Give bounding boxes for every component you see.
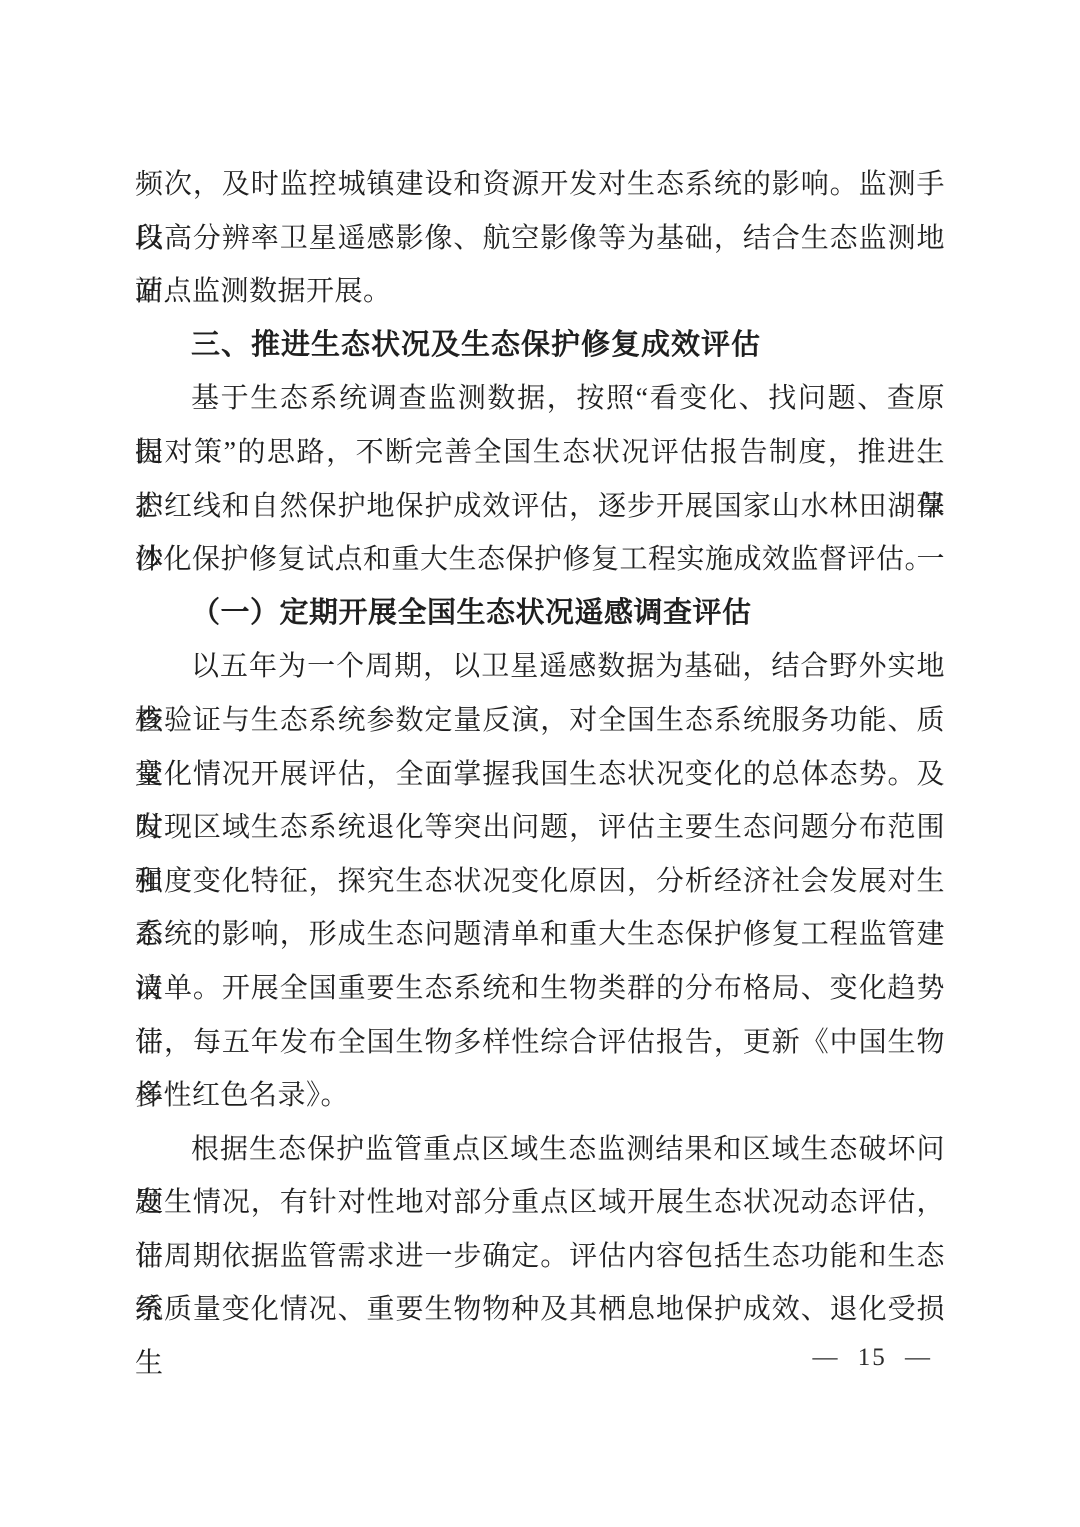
text-line: 体化保护修复试点和重大生态保护修复工程实施成效监督评估。: [135, 533, 945, 587]
text-line: （一）定期开展全国生态状况遥感调查评估: [135, 587, 945, 641]
text-line: 估周期依据监管需求进一步确定。评估内容包括生态功能和生态系: [135, 1230, 945, 1284]
page-number: — 15 —: [813, 1338, 933, 1378]
section-heading: 三、推进生态状况及生态保护修复成效评估: [135, 319, 945, 373]
text-line: 频次，及时监控城镇建设和资源开发对生态系统的影响。监测手段: [135, 158, 945, 212]
document-page: 频次，及时监控城镇建设和资源开发对生态系统的影响。监测手段以高分辨率卫星遥感影像…: [0, 0, 1080, 1527]
text-line: 以五年为一个周期，以卫星遥感数据为基础，结合野外实地核: [135, 640, 945, 694]
text-line: 统质量变化情况、重要生物物种及其栖息地保护成效、退化受损生: [135, 1283, 945, 1337]
paragraph: 以五年为一个周期，以卫星遥感数据为基础，结合野外实地核查验证与生态系统参数定量反…: [135, 640, 945, 1122]
text-line: 清单。开展全国重要生态系统和生物类群的分布格局、变化趋势评: [135, 962, 945, 1016]
text-line: 发生情况，有针对性地对部分重点区域开展生态状况动态评估，评: [135, 1176, 945, 1230]
text-line: 基于生态系统调查监测数据，按照“看变化、找问题、查原因、: [135, 372, 945, 426]
text-line: 护红线和自然保护地保护成效评估，逐步开展国家山水林田湖草沙一: [135, 480, 945, 534]
text-line: 提对策”的思路，不断完善全国生态状况评估报告制度，推进生态保: [135, 426, 945, 480]
text-line: 以高分辨率卫星遥感影像、航空影像等为基础，结合生态监测地面: [135, 212, 945, 266]
text-line: 强度变化特征，探究生态状况变化原因，分析经济社会发展对生态: [135, 855, 945, 909]
text-line: 变化情况开展评估，全面掌握我国生态状况变化的总体态势。及时: [135, 748, 945, 802]
text-line: 样性红色名录》。: [135, 1069, 945, 1123]
text-line: 三、推进生态状况及生态保护修复成效评估: [135, 319, 945, 373]
subsection-heading: （一）定期开展全国生态状况遥感调查评估: [135, 587, 945, 641]
text-line: 根据生态保护监管重点区域生态监测结果和区域生态破坏问题: [135, 1123, 945, 1177]
text-line: 站点监测数据开展。: [135, 265, 945, 319]
text-line: 估，每五年发布全国生物多样性综合评估报告，更新《中国生物多: [135, 1016, 945, 1070]
paragraph: 根据生态保护监管重点区域生态监测结果和区域生态破坏问题发生情况，有针对性地对部分…: [135, 1123, 945, 1337]
text-line: 系统的影响，形成生态问题清单和重大生态保护修复工程监管建议: [135, 908, 945, 962]
text-line: 发现区域生态系统退化等突出问题，评估主要生态问题分布范围和: [135, 801, 945, 855]
text-line: 查验证与生态系统参数定量反演，对全国生态系统服务功能、质量: [135, 694, 945, 748]
document-body: 频次，及时监控城镇建设和资源开发对生态系统的影响。监测手段以高分辨率卫星遥感影像…: [135, 158, 945, 1337]
paragraph: 基于生态系统调查监测数据，按照“看变化、找问题、查原因、提对策”的思路，不断完善…: [135, 372, 945, 586]
paragraph: 频次，及时监控城镇建设和资源开发对生态系统的影响。监测手段以高分辨率卫星遥感影像…: [135, 158, 945, 319]
